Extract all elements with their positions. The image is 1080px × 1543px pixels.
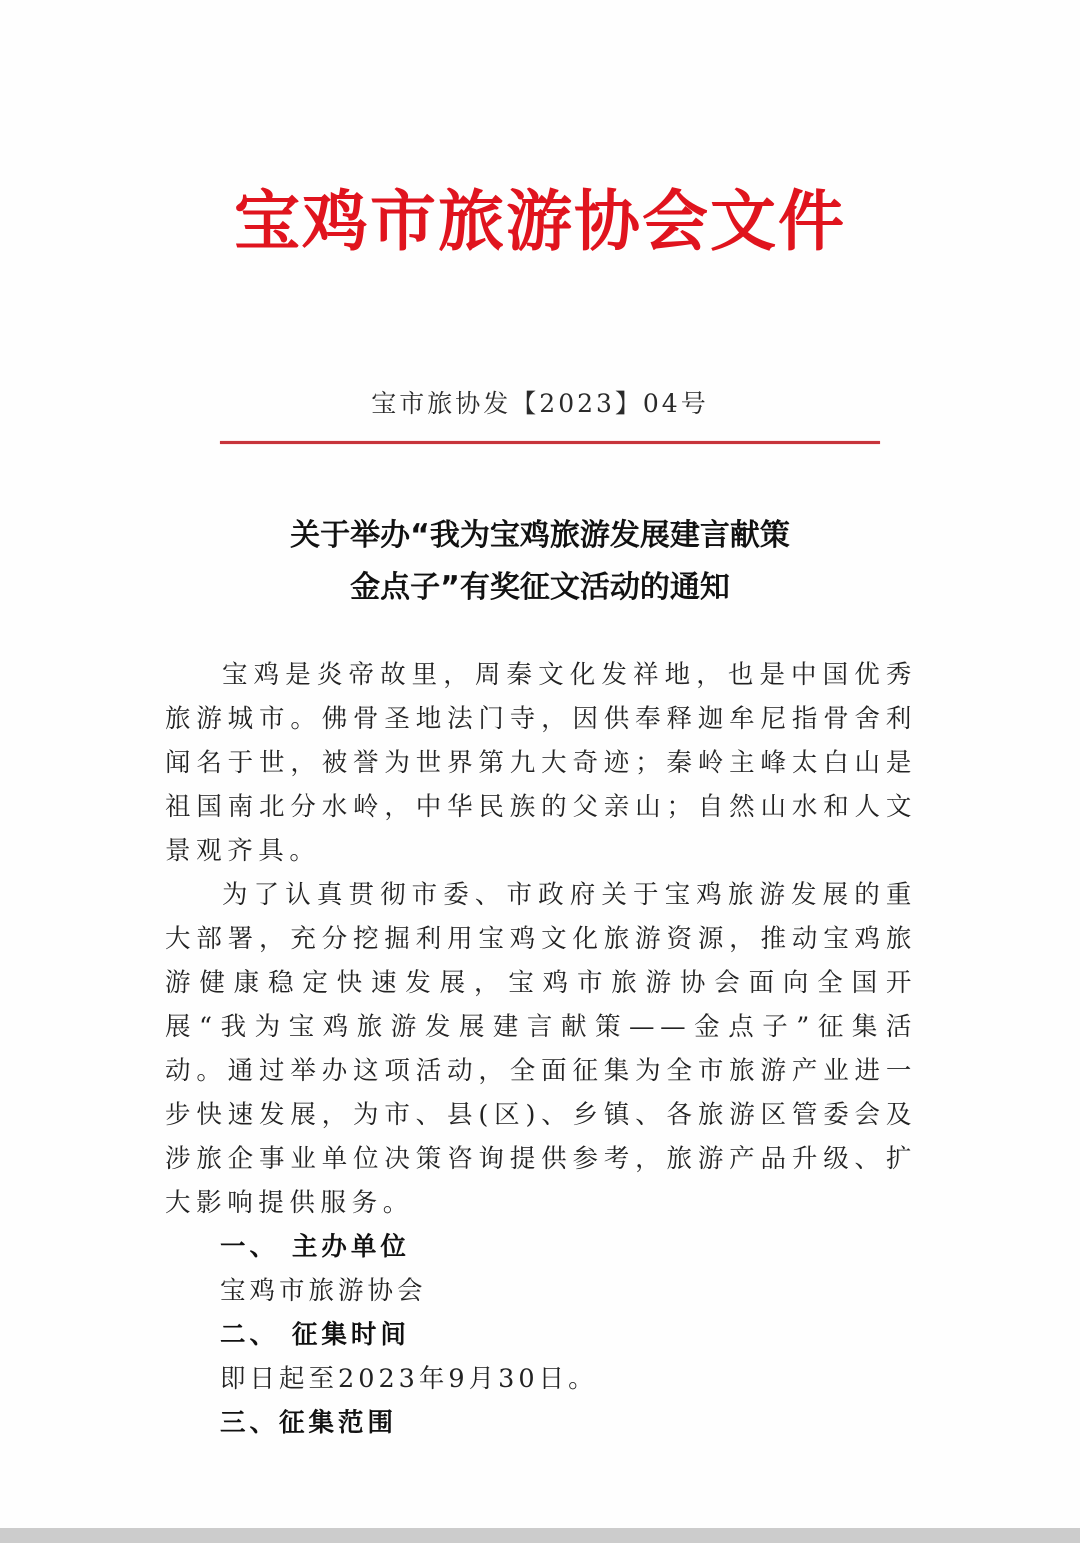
section-heading-period: 二、 征集时间 — [165, 1313, 917, 1357]
bottom-scroll-edge — [0, 1528, 1080, 1543]
title-line-2: 金点子”有奖征文活动的通知 — [0, 562, 1080, 614]
document-body: 宝鸡是炎帝故里，周秦文化发祥地，也是中国优秀旅游城市。佛骨圣地法门寺，因供奉释迦… — [165, 653, 917, 1445]
section-heading-organizer: 一、 主办单位 — [165, 1225, 917, 1269]
section-heading-scope: 三、征集范围 — [165, 1401, 917, 1445]
section-body-organizer: 宝鸡市旅游协会 — [165, 1269, 917, 1313]
red-divider — [220, 441, 880, 444]
document-number: 宝市旅协发【2023】04号 — [0, 384, 1080, 424]
document-page: 宝鸡市旅游协会文件 宝市旅协发【2023】04号 关于举办“我为宝鸡旅游发展建言… — [0, 0, 1080, 1528]
document-title: 关于举办“我为宝鸡旅游发展建言献策 金点子”有奖征文活动的通知 — [0, 510, 1080, 614]
paragraph-purpose: 为了认真贯彻市委、市政府关于宝鸡旅游发展的重大部署，充分挖掘利用宝鸡文化旅游资源… — [165, 873, 917, 1225]
section-body-period: 即日起至2023年9月30日。 — [165, 1357, 917, 1401]
paragraph-intro: 宝鸡是炎帝故里，周秦文化发祥地，也是中国优秀旅游城市。佛骨圣地法门寺，因供奉释迦… — [165, 653, 917, 873]
issuer-header: 宝鸡市旅游协会文件 — [0, 176, 1080, 266]
title-line-1: 关于举办“我为宝鸡旅游发展建言献策 — [0, 510, 1080, 562]
